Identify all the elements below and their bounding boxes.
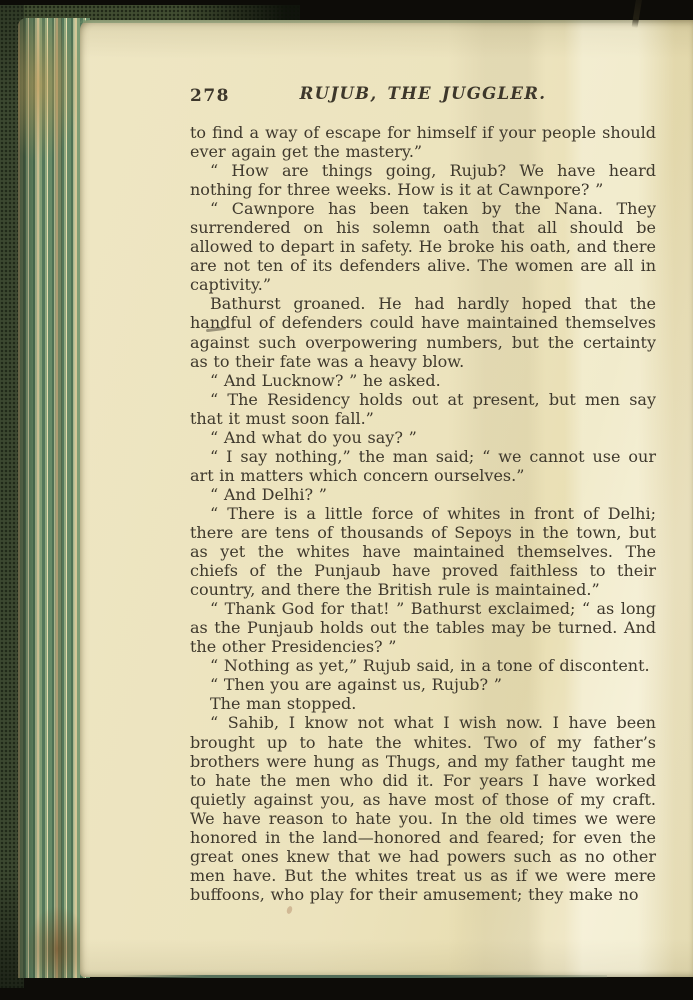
smudge-mark [286, 905, 293, 914]
paragraph: “ There is a little force of whites in f… [190, 504, 656, 599]
paragraph: Bathurst groaned. He had hardly hoped th… [190, 294, 656, 370]
paragraph: The man stopped. [190, 694, 656, 713]
paragraph: “ And what do you say? ” [190, 428, 656, 447]
paragraph: to find a way of escape for himself if y… [190, 123, 656, 161]
scanned-book-photo: 278 RUJUB, THE JUGGLER. to find a way of… [0, 0, 693, 1000]
paragraph: “ And Lucknow? ” he asked. [190, 371, 656, 390]
paragraph: “ I say nothing,” the man said; “ we can… [190, 447, 656, 485]
page-header: 278 RUJUB, THE JUGGLER. [190, 84, 656, 108]
paragraph: “ Cawnpore has been taken by the Nana. T… [190, 199, 656, 294]
book-page: 278 RUJUB, THE JUGGLER. to find a way of… [80, 20, 693, 977]
paragraph: “ How are things going, Rujub? We have h… [190, 161, 656, 199]
paragraph: “ Nothing as yet,” Rujub said, in a tone… [190, 656, 656, 675]
paragraph: “ Sahib, I know not what I wish now. I h… [190, 713, 656, 903]
page-number: 278 [190, 86, 230, 106]
page-text: to find a way of escape for himself if y… [190, 123, 656, 904]
paragraph: “ The Residency holds out at present, bu… [190, 390, 656, 428]
paragraph: “ Thank God for that! ” Bathurst exclaim… [190, 599, 656, 656]
paragraph: “ Then you are against us, Rujub? ” [190, 675, 656, 694]
running-title: RUJUB, THE JUGGLER. [190, 84, 656, 103]
paragraph: “ And Delhi? ” [190, 485, 656, 504]
